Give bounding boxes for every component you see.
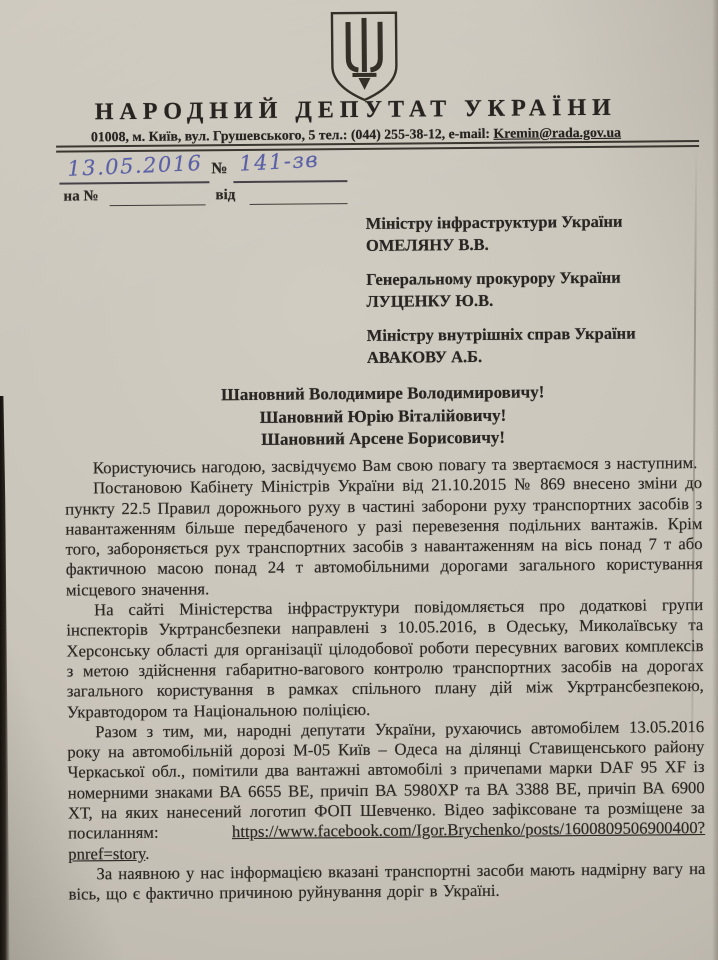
letterhead-title: НАРОДНИЙ ДЕПУТАТ УКРАЇНИ bbox=[0, 94, 715, 127]
addressee-interior-minister: Міністру внутрішніх справ України АВАКОВ… bbox=[367, 323, 636, 369]
salutation-block: Шановний Володимире Володимировичу! Шано… bbox=[64, 380, 702, 453]
addressee-block: Міністру інфраструктури України ОМЕЛЯНУ … bbox=[366, 211, 636, 381]
addressee-infrastructure-minister: Міністру інфраструктури України ОМЕЛЯНУ … bbox=[366, 211, 635, 257]
paragraph-cabinet-resolution: Постановою Кабінету Міністрів України ві… bbox=[65, 473, 703, 600]
reply-date-label: від bbox=[215, 187, 235, 204]
reply-number-label: на № bbox=[63, 188, 98, 205]
letterhead-email: Kremin@rada.gov.ua bbox=[493, 125, 621, 141]
paragraph-conclusion: За наявною у нас інформацією вказані тра… bbox=[68, 859, 705, 905]
handwritten-number: 141-зв bbox=[239, 148, 320, 176]
reply-date-form-line bbox=[250, 203, 348, 205]
addressee-title: Міністру внутрішніх справ України bbox=[367, 323, 636, 347]
letter-sheet: НАРОДНИЙ ДЕПУТАТ УКРАЇНИ 01008, м. Київ,… bbox=[0, 0, 718, 960]
paragraph-incident-period: . bbox=[145, 843, 149, 862]
handwritten-date: 13.05.2016 bbox=[67, 151, 203, 181]
addressee-prosecutor-general: Генеральному прокурору України ЛУЦЕНКУ Ю… bbox=[366, 267, 635, 313]
addressee-name: ЛУЦЕНКУ Ю.В. bbox=[366, 289, 635, 313]
addressee-title: Генеральному прокурору України bbox=[366, 267, 635, 291]
salutation-line: Шановний Арсене Борисовичу! bbox=[65, 425, 702, 453]
date-form-line bbox=[59, 181, 209, 184]
addressee-name: АВАКОВУ А.Б. bbox=[367, 345, 636, 369]
scanned-letter-photo: НАРОДНИЙ ДЕПУТАТ УКРАЇНИ 01008, м. Київ,… bbox=[0, 0, 718, 960]
letter-body: Користуючись нагодою, засвідчуємо Вам св… bbox=[65, 453, 706, 905]
number-form-line bbox=[233, 180, 347, 183]
number-sign: № bbox=[211, 160, 227, 178]
ukraine-trident-emblem-icon bbox=[323, 11, 406, 104]
reply-number-form-line bbox=[110, 204, 206, 206]
addressee-name: ОМЕЛЯНУ В.В. bbox=[366, 233, 635, 257]
paragraph-inspectors: На сайті Міністерства інфраструктури пов… bbox=[66, 595, 704, 722]
paragraph-incident: Разом з тим, ми, народні депутати Україн… bbox=[67, 717, 705, 865]
addressee-title: Міністру інфраструктури України bbox=[366, 211, 635, 235]
